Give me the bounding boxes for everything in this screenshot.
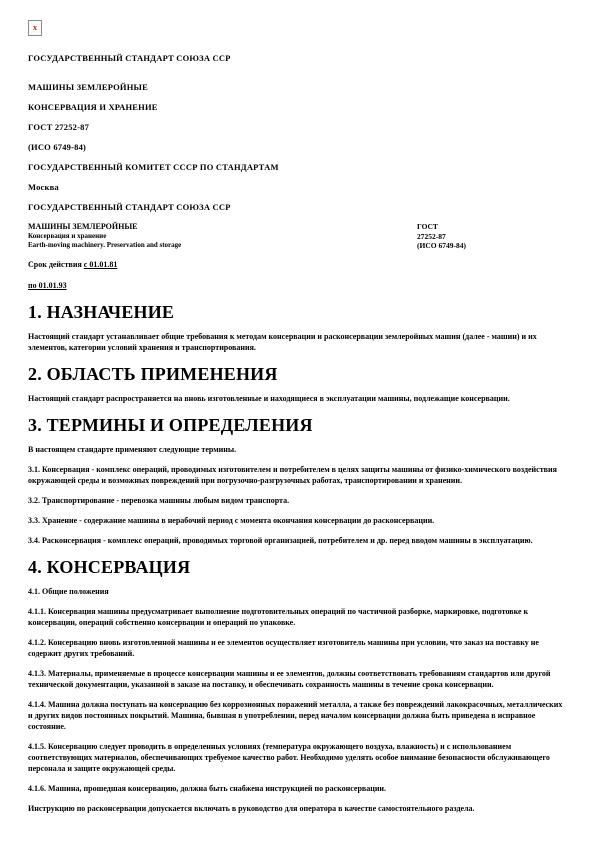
header-line-iso-number: (ИСО 6749-84) <box>28 142 567 152</box>
paragraph-3-2: 3.2. Транспортирование - перевозка машин… <box>28 495 567 506</box>
broken-image-x-glyph: x <box>33 24 37 32</box>
standard-title-left: МАШИНЫ ЗЕМЛЕРОЙНЫЕ Консервация и хранени… <box>28 222 181 251</box>
broken-image-icon: x <box>28 20 42 36</box>
paragraph-3-3: 3.3. Хранение - содержание машины в нера… <box>28 515 567 526</box>
document-page: x ГОСУДАРСТВЕННЫЙ СТАНДАРТ СОЮЗА ССР МАШ… <box>0 0 595 842</box>
validity-line-to: по 01.01.93 <box>28 281 567 291</box>
header-line-gost-number: ГОСТ 27252-87 <box>28 122 567 132</box>
paragraph-instruction-note: Инструкцию по расконсервации допускается… <box>28 803 567 814</box>
paragraph-4-1-3: 4.1.3. Материалы, применяемые в процессе… <box>28 668 567 690</box>
paragraph-3-1: 3.1. Консервация - комплекс операций, пр… <box>28 464 567 486</box>
section-2-title: 2. ОБЛАСТЬ ПРИМЕНЕНИЯ <box>28 364 567 384</box>
standard-title-block: МАШИНЫ ЗЕМЛЕРОЙНЫЕ Консервация и хранени… <box>28 222 567 251</box>
paragraph-4-1-6: 4.1.6. Машина, прошедшая консервацию, до… <box>28 783 567 794</box>
paragraph-4-1-1: 4.1.1. Консервация машины предусматривае… <box>28 606 567 628</box>
paragraph: Настоящий стандарт устанавливает общие т… <box>28 331 567 353</box>
section-4-title: 4. КОНСЕРВАЦИЯ <box>28 557 567 577</box>
designation-gost-number: 27252-87 <box>417 232 567 242</box>
header-line-city: Москва <box>28 182 567 192</box>
designation-iso-number: (ИСО 6749-84) <box>417 241 567 251</box>
paragraph: В настоящем стандарте применяют следующи… <box>28 444 567 455</box>
header-line-state-standard: ГОСУДАРСТВЕННЫЙ СТАНДАРТ СОЮЗА ССР <box>28 53 567 63</box>
paragraph-4-1: 4.1. Общие положения <box>28 586 567 597</box>
header-line-conservation: КОНСЕРВАЦИЯ И ХРАНЕНИЕ <box>28 102 567 112</box>
standard-designation-block: ГОСТ 27252-87 (ИСО 6749-84) <box>417 222 567 251</box>
section-1-title: 1. НАЗНАЧЕНИЕ <box>28 302 567 322</box>
validity-label: Срок действия <box>28 260 82 269</box>
section-3-title: 3. ТЕРМИНЫ И ОПРЕДЕЛЕНИЯ <box>28 415 567 435</box>
validity-from-link[interactable]: с 01.01.81 <box>84 260 118 269</box>
paragraph-4-1-4: 4.1.4. Машина должна поступать на консер… <box>28 699 567 732</box>
header-line-committee: ГОСУДАРСТВЕННЫЙ КОМИТЕТ СССР ПО СТАНДАРТ… <box>28 162 567 172</box>
standard-subtitle: Консервация и хранение <box>28 232 181 241</box>
paragraph-4-1-2: 4.1.2. Консервацию вновь изготовленной м… <box>28 637 567 659</box>
header-line-state-standard-2: ГОСУДАРСТВЕННЫЙ СТАНДАРТ СОЮЗА ССР <box>28 202 567 212</box>
validity-line-from: Срок действия с 01.01.81 <box>28 260 567 270</box>
designation-gost-label: ГОСТ <box>417 222 567 232</box>
header-line-machines: МАШИНЫ ЗЕМЛЕРОЙНЫЕ <box>28 82 567 92</box>
validity-to-link[interactable]: по 01.01.93 <box>28 281 67 290</box>
standard-title: МАШИНЫ ЗЕМЛЕРОЙНЫЕ <box>28 222 181 232</box>
paragraph-3-4: 3.4. Расконсервация - комплекс операций,… <box>28 535 567 546</box>
paragraph-4-1-5: 4.1.5. Консервацию следует проводить в о… <box>28 741 567 774</box>
paragraph: Настоящий стандарт распространяется на в… <box>28 393 567 404</box>
standard-subtitle-en: Earth-moving machinery. Preservation and… <box>28 241 181 250</box>
